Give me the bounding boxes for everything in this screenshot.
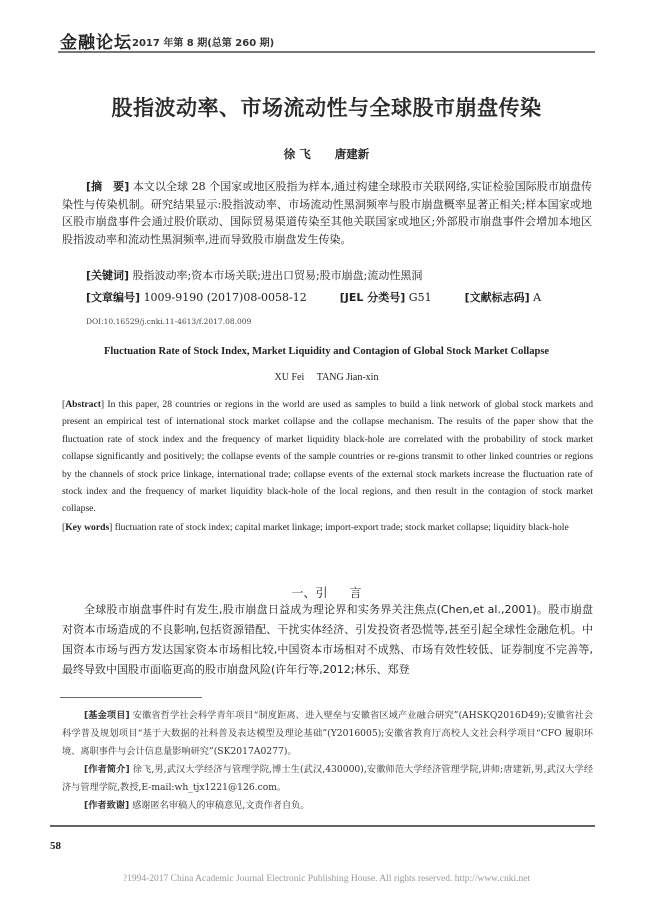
doc-code-label: [文献标志码] (465, 291, 530, 304)
issue-info: 2017 年第 8 期(总第 260 期) (132, 34, 274, 49)
journal-name: 金融论坛 (60, 28, 132, 53)
author-cn-2: 唐建新 (335, 147, 370, 161)
abstract-en: [Abstract] In this paper, 28 countries o… (62, 396, 593, 518)
footnote-funding: [基金项目] 安徽省哲学社会科学青年项目“制度距离、进入壁垒与安徽省区域产业融合… (62, 707, 593, 761)
page-number: 58 (50, 840, 61, 852)
authors-cn: 徐 飞 唐建新 (0, 146, 653, 162)
article-meta: [文章编号] 1009-9190 (2017)08-0058-12 [JEL 分… (86, 289, 596, 305)
header-divider (58, 51, 595, 53)
footnote-thanks: [作者致谢] 感谢匿名审稿人的审稿意见,文责作者自负。 (62, 797, 593, 815)
paper-title-en: Fluctuation Rate of Stock Index, Market … (0, 346, 653, 357)
jel-code: G51 (409, 291, 432, 304)
abstract-en-text: In this paper, 28 countries or regions i… (62, 399, 593, 514)
paper-title-cn: 股指波动率、市场流动性与全球股市崩盘传染 (0, 92, 653, 122)
keywords-en: [Key words] fluctuation rate of stock in… (62, 519, 593, 536)
footnotes: [基金项目] 安徽省哲学社会科学青年项目“制度距离、进入壁垒与安徽省区域产业融合… (62, 707, 593, 815)
section-heading-part2: 言 (350, 586, 362, 600)
article-no: 1009-9190 (2017)08-0058-12 (144, 291, 307, 304)
doi[interactable]: DOI:10.16529/j.cnki.11-4613/f.2017.08.00… (86, 317, 251, 326)
keywords-cn: [关键词] 股指波动率;资本市场关联;进出口贸易;股市崩盘;流动性黑洞 (86, 267, 596, 283)
keywords-cn-text: 股指波动率;资本市场关联;进出口贸易;股市崩盘;流动性黑洞 (133, 269, 423, 282)
author-bio-text: 徐飞,男,武汉大学经济与管理学院,博士生(武汉,430000),安徽师范大学经济… (62, 764, 593, 793)
author-en-2: TANG Jian-xin (317, 372, 379, 383)
author-cn-1: 徐 飞 (284, 147, 311, 161)
article-no-label: [文章编号] (86, 291, 140, 304)
abstract-cn-text: 本文以全球 28 个国家或地区股指为样本,通过构建全球股市关联网络,实证检验国际… (62, 180, 592, 246)
running-header: 金融论坛 2017 年第 8 期(总第 260 期) (60, 28, 595, 50)
footer-divider (50, 825, 595, 827)
thanks-label: [作者致谢] (84, 800, 129, 811)
footnote-divider (60, 697, 202, 698)
authors-en: XU Fei TANG Jian-xin (0, 372, 653, 383)
keywords-cn-label: [关键词] (86, 269, 129, 282)
funding-text: 安徽省哲学社会科学青年项目“制度距离、进入壁垒与安徽省区域产业融合研究”(AHS… (62, 710, 593, 757)
doc-code: A (533, 291, 541, 304)
author-en-1: XU Fei (275, 372, 305, 383)
author-bio-label: [作者简介] (84, 764, 130, 775)
section-body-introduction: 全球股市崩盘事件时有发生,股市崩盘日益成为理论界和实务界关注焦点(Chen,et… (62, 600, 593, 680)
section-heading-introduction: 一、引言 (0, 584, 653, 601)
funding-label: [基金项目] (84, 710, 130, 721)
section-heading-part1: 一、引 (291, 586, 327, 600)
jel-label: [JEL 分类号] (340, 291, 406, 304)
abstract-en-label: Abstract (65, 399, 101, 410)
footnote-author-bio: [作者简介] 徐飞,男,武汉大学经济与管理学院,博士生(武汉,430000),安… (62, 761, 593, 797)
thanks-text: 感谢匿名审稿人的审稿意见,文责作者自负。 (132, 800, 309, 811)
abstract-cn-label: [摘 要] (86, 180, 129, 193)
keywords-en-label: Key words (65, 522, 109, 533)
copyright-notice: ?1994-2017 China Academic Journal Electr… (0, 874, 653, 884)
keywords-en-text: fluctuation rate of stock index; capital… (115, 522, 569, 533)
abstract-cn: [摘 要] 本文以全球 28 个国家或地区股指为样本,通过构建全球股市关联网络,… (62, 178, 592, 248)
